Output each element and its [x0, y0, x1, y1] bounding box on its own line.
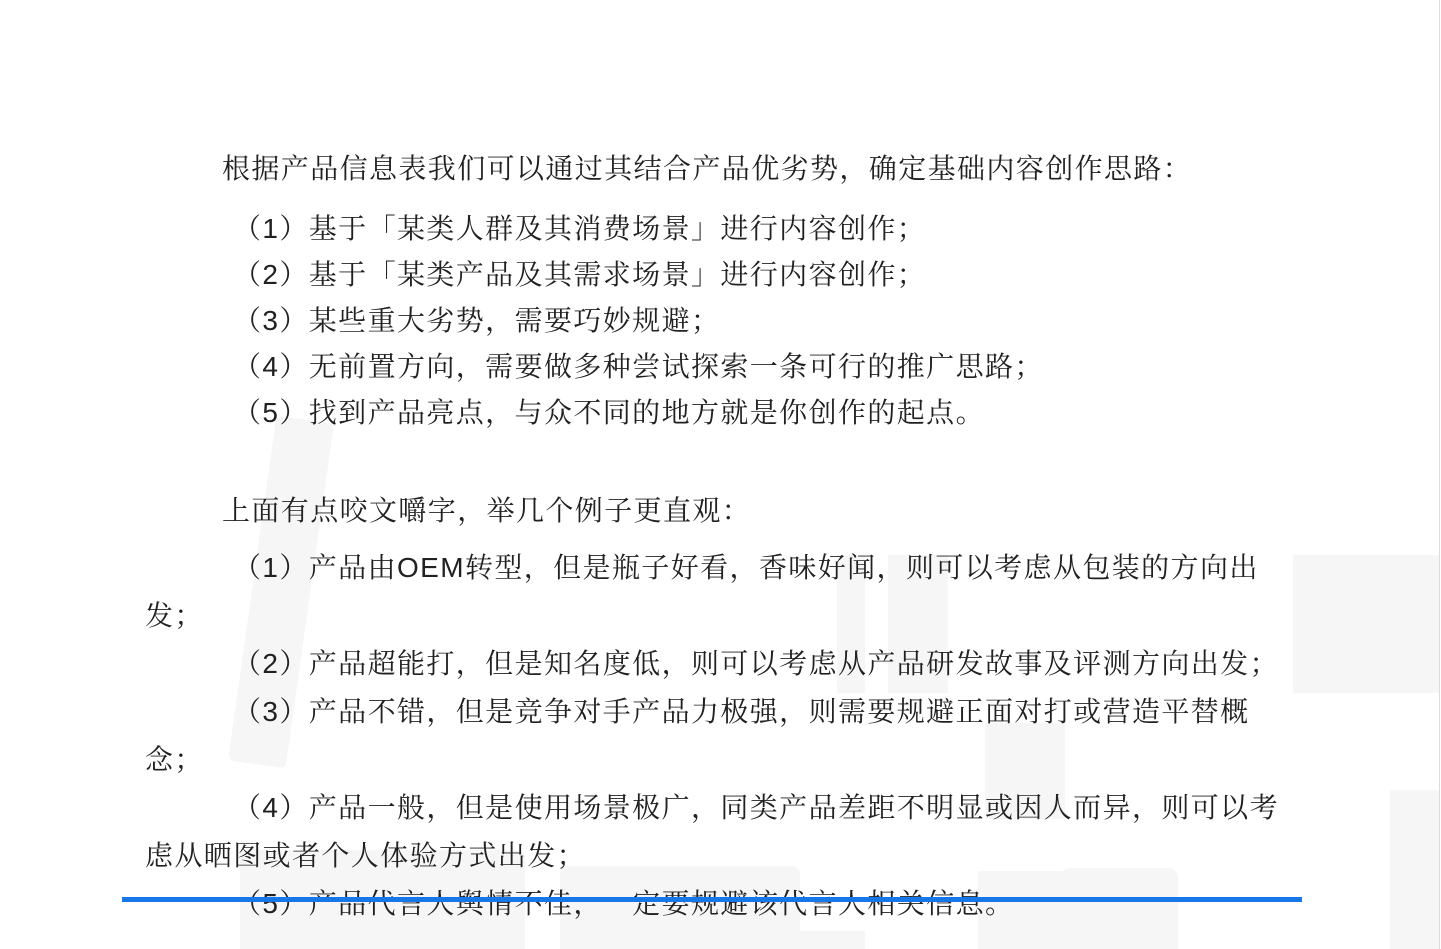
example-list-item: （3）产品不错，但是竞争对手产品力极强，则需要规避正面对打或营造平替概念； [145, 688, 1302, 784]
strategy-list-item: （4）无前置方向，需要做多种尝试探索一条可行的推广思路； [145, 344, 1302, 390]
example-list-item: （4）产品一般，但是使用场景极广，同类产品差距不明显或因人而异，则可以考虑从晒图… [145, 784, 1302, 880]
strategy-list-item: （5）找到产品亮点，与众不同的地方就是你创作的起点。 [145, 390, 1302, 436]
examples-intro-paragraph: 上面有点咬文嚼字，举几个例子更直观： [145, 488, 1302, 534]
strategy-list-item: （3）某些重大劣势，需要巧妙规避； [145, 298, 1302, 344]
example-list-item: （5）产品代言人舆情不佳，一定要规避该代言人相关信息。 [145, 880, 1302, 928]
strategy-list-item: （2）基于「某类产品及其需求场景」进行内容创作； [145, 252, 1302, 298]
strategy-list: （1）基于「某类人群及其消费场景」进行内容创作； （2）基于「某类产品及其需求场… [145, 206, 1302, 436]
footer-divider-line [122, 897, 1302, 902]
document-page: 根据产品信息表我们可以通过其结合产品优劣势，确定基础内容创作思路： （1）基于「… [0, 0, 1441, 949]
example-list-item: （1）产品由OEM转型，但是瓶子好看，香味好闻，则可以考虑从包装的方向出发； [145, 544, 1302, 640]
strategy-list-item: （1）基于「某类人群及其消费场景」进行内容创作； [145, 206, 1302, 252]
example-list-item: （2）产品超能打，但是知名度低，则可以考虑从产品研发故事及评测方向出发； [145, 640, 1302, 688]
article-body: 根据产品信息表我们可以通过其结合产品优劣势，确定基础内容创作思路： （1）基于「… [145, 146, 1302, 928]
intro-paragraph: 根据产品信息表我们可以通过其结合产品优劣势，确定基础内容创作思路： [145, 146, 1302, 192]
watermark-shape [1293, 555, 1440, 693]
watermark-shape [1390, 790, 1440, 949]
watermark-shape [771, 931, 865, 949]
examples-list: （1）产品由OEM转型，但是瓶子好看，香味好闻，则可以考虑从包装的方向出发； （… [145, 544, 1302, 928]
page-right-border [1439, 0, 1440, 949]
